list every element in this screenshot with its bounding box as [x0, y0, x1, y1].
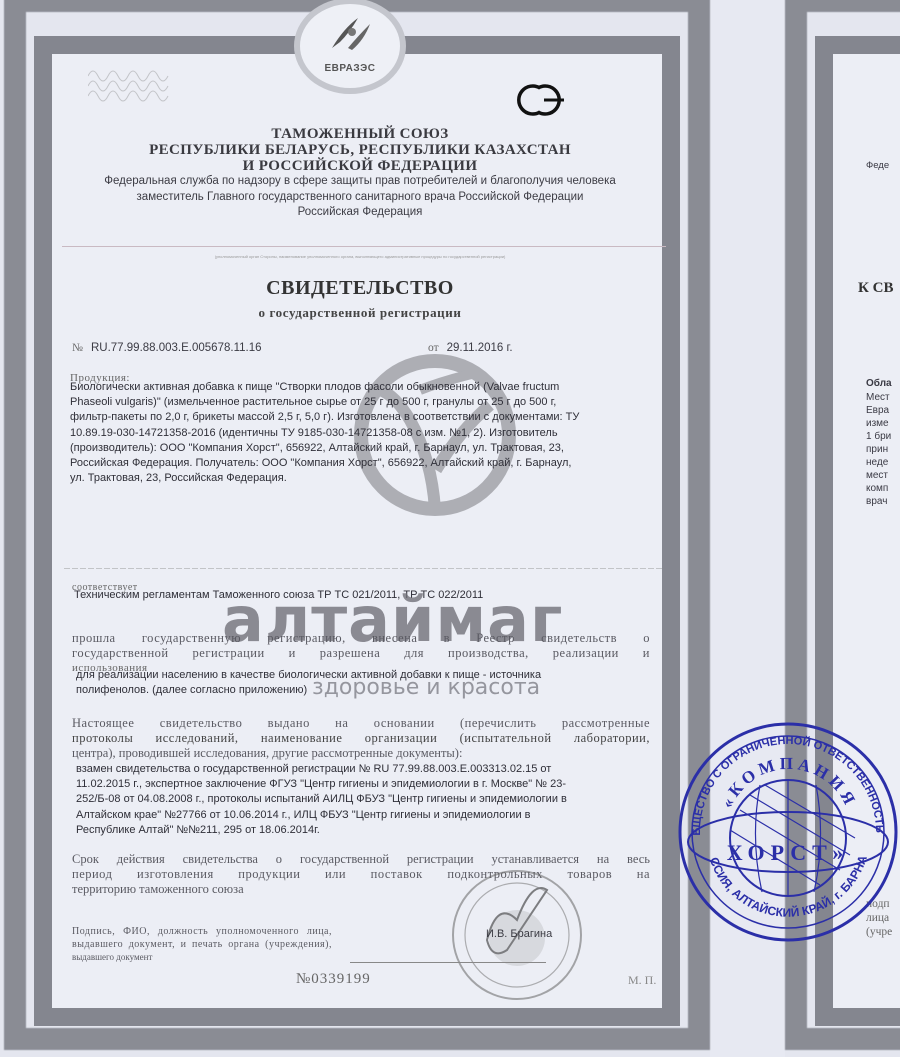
right-page-line: изме [866, 418, 900, 431]
right-page-line: неде [866, 457, 900, 470]
right-page-line: прин [866, 444, 900, 457]
signature-caption-line-2: выдавшего документ, и печать органа (учр… [72, 938, 332, 951]
se-conformity-mark-icon [512, 80, 572, 120]
right-page-line: Мест [866, 392, 900, 405]
product-line: Phaseoli vulgaris)" (измельченное растит… [70, 395, 670, 410]
product-caption-rule [64, 568, 664, 569]
product-line: фильтр-пакеты по 2,0 г, брикеты массой 2… [70, 410, 670, 425]
product-line: Биологически активная добавка к пище "Ст… [70, 380, 670, 395]
certificate-number-value: RU.77.99.88.003.Е.005678.11.16 [91, 342, 262, 354]
company-stamp-icon: ОБЩЕСТВО С ОГРАНИЧЕННОЙ ОТВЕТСТВЕННОСТЬЮ… [670, 710, 900, 955]
right-page-line: Обла [866, 378, 900, 391]
signature-caption-line-1: Подпись, ФИО, должность уполномоченного … [72, 925, 332, 938]
authority-caption: (уполномоченный орган Стороны, наименова… [60, 254, 660, 259]
authority-line-3: Российская Федерация [60, 204, 660, 220]
right-page-title-fragment: К СВ [858, 280, 900, 297]
header-divider [62, 246, 666, 247]
eaec-label: ЕВРАЗЭС [324, 63, 375, 74]
basis-line: взамен свидетельства о государственной р… [76, 762, 567, 777]
basis-documents: взамен свидетельства о государственной р… [76, 762, 567, 838]
union-title-line-2: РЕСПУБЛИКИ БЕЛАРУСЬ, РЕСПУБЛИКИ КАЗАХСТА… [60, 142, 660, 158]
basis-line: Республике Алтай" №№211, 295 от 18.06.20… [76, 823, 567, 838]
certificate-number: №RU.77.99.88.003.Е.005678.11.16 [72, 342, 262, 354]
authority-line-1: Федеральная служба по надзору в сфере за… [60, 173, 660, 189]
union-title-line-3: И РОССИЙСКОЙ ФЕДЕРАЦИИ [60, 158, 660, 174]
registration-line-1: прошла государственную регистрацию, внес… [72, 631, 650, 647]
product-line: ул. Трактовая, 23, Российская Федерация. [70, 471, 670, 486]
product-line: Российская Федерация. Получатель: ООО "К… [70, 456, 670, 471]
basis-serif-line-2: протоколы исследований, наименование орг… [72, 731, 650, 747]
right-page-line: Евра [866, 405, 900, 418]
number-sign: № [72, 342, 83, 354]
basis-line: 252/Б-08 от 04.08.2008 г., протоколы исп… [76, 792, 567, 807]
ornament-pattern-icon [88, 66, 170, 106]
certificate-title: СВИДЕТЕЛЬСТВО [60, 277, 660, 300]
union-title-line-1: ТАМОЖЕННЫЙ СОЮЗ [60, 126, 660, 142]
eaec-emblem: ЕВРАЗЭС [300, 4, 400, 88]
right-page-line: комп [866, 483, 900, 496]
signature-line [350, 962, 546, 963]
registration-line-2: государственной регистрации и разрешена … [72, 646, 650, 662]
product-line: (производитель): ООО "Компания Хорст", 6… [70, 441, 670, 456]
signature-caption-line-3: выдавшего документ [72, 951, 332, 964]
basis-line: Алтайском крае" №27766 от 10.06.2014 г.,… [76, 808, 567, 823]
right-page-header-fragment: Феде [866, 160, 900, 173]
basis-line: 11.02.2015 г., экспертное заключение ФГУ… [76, 777, 567, 792]
signatory-name: И.В. Брагина [486, 928, 552, 940]
right-page-line: мест [866, 470, 900, 483]
seal-place-label: М. П. [628, 973, 656, 988]
form-serial-number: №0339199 [296, 971, 371, 988]
authority-line-2: заместитель Главного государственного са… [60, 189, 660, 205]
stamp-middle-word: ХОРСТ» [727, 840, 850, 865]
eaec-bird-icon [328, 14, 372, 54]
product-line: 10.89.19-030-14721358-2016 (идентичны ТУ… [70, 426, 670, 441]
certificate-subtitle: о государственной регистрации [60, 305, 660, 321]
right-page-line: врач [866, 496, 900, 509]
basis-serif-line-3: центра), проводившей исследования, други… [72, 746, 650, 762]
basis-serif-line-1: Настоящее свидетельство выдано на основа… [72, 716, 650, 732]
watermark-tagline: здоровье и красота [312, 675, 540, 700]
product-description: Биологически активная добавка к пище "Ст… [70, 380, 670, 486]
right-page-line: 1 бри [866, 431, 900, 444]
